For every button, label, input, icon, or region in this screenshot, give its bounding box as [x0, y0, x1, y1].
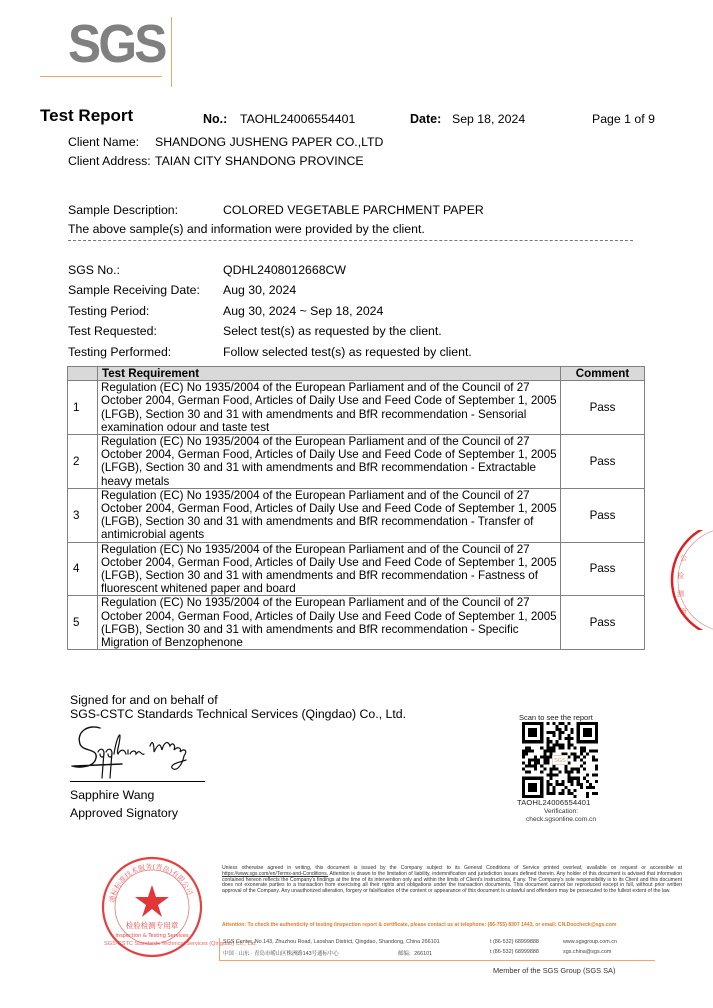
page-number: Page 1 of 9	[592, 112, 655, 126]
verification-site-link[interactable]: check.sgsonline.com.cn	[519, 816, 603, 824]
client-address: TAIAN CITY SHANDONG PROVINCE	[155, 154, 364, 168]
footer-horizontal-rule	[219, 960, 655, 961]
row-requirement: Regulation (EC) No 1935/2004 of the Euro…	[98, 596, 561, 650]
receiving-date-label: Sample Receiving Date:	[68, 283, 200, 297]
stamp-english: Inspection & Testing Services	[115, 933, 189, 939]
seal-stamp-partial-icon: 公 检 测 章	[668, 530, 713, 630]
dashed-divider	[68, 240, 633, 241]
client-name-label: Client Name:	[68, 135, 139, 149]
test-requirements-table: Test Requirement Comment 1 Regulation (E…	[67, 366, 645, 650]
test-requested: Select test(s) as requested by the clien…	[223, 324, 442, 338]
report-date: Sep 18, 2024	[452, 112, 525, 126]
verification-label: Verification:	[519, 808, 603, 816]
sample-description-label: Sample Description:	[68, 203, 178, 217]
report-number: TAOHL24006554401	[240, 112, 355, 126]
svg-text:检验检测专用章: 检验检测专用章	[126, 920, 179, 930]
footer-website-link[interactable]: www.sgsgroup.com.cn	[563, 939, 617, 945]
header-test-requirement: Test Requirement	[98, 367, 561, 381]
footer-address-cn: 中国 · 山东 · 青岛市崂山区株洲路143号通标中心	[223, 949, 339, 957]
test-requested-label: Test Requested:	[68, 324, 157, 338]
report-date-label: Date:	[410, 112, 441, 126]
sgs-group-membership: Member of the SGS Group (SGS SA)	[493, 966, 615, 975]
svg-text:章: 章	[680, 607, 687, 616]
footer-telephone-2: t (86-532) 68999888	[490, 949, 539, 955]
table-row: 2 Regulation (EC) No 1935/2004 of the Eu…	[68, 435, 645, 489]
row-comment: Pass	[561, 488, 645, 542]
sgs-logo: SGS	[68, 14, 165, 74]
sample-description: COLORED VEGETABLE PARCHMENT PAPER	[223, 203, 484, 217]
row-comment: Pass	[561, 435, 645, 489]
row-comment: Pass	[561, 542, 645, 596]
row-number: 4	[68, 542, 98, 596]
row-number: 1	[68, 381, 98, 435]
table-row: 3 Regulation (EC) No 1935/2004 of the Eu…	[68, 488, 645, 542]
svg-text:检: 检	[677, 571, 684, 580]
logo-vertical-rule	[171, 17, 172, 87]
row-requirement: Regulation (EC) No 1935/2004 of the Euro…	[98, 435, 561, 489]
header-number	[68, 367, 98, 381]
signer-name: Sapphire Wang	[70, 788, 154, 802]
testing-performed-label: Testing Performed:	[68, 345, 171, 359]
client-address-label: Client Address:	[68, 154, 151, 168]
row-comment: Pass	[561, 596, 645, 650]
row-requirement: Regulation (EC) No 1935/2004 of the Euro…	[98, 488, 561, 542]
row-number: 2	[68, 435, 98, 489]
provided-by-client-note: The above sample(s) and information were…	[68, 222, 425, 236]
client-name: SHANDONG JUSHENG PAPER CO.,LTD	[155, 135, 383, 149]
signed-for-text: Signed for and on behalf of	[70, 693, 218, 707]
qr-report-id: TAOHL24006554401	[517, 798, 591, 807]
table-row: 5 Regulation (EC) No 1935/2004 of the Eu…	[68, 596, 645, 650]
row-comment: Pass	[561, 381, 645, 435]
row-requirement: Regulation (EC) No 1935/2004 of the Euro…	[98, 542, 561, 596]
sgs-number-label: SGS No.:	[68, 263, 120, 277]
handwritten-signature-icon	[70, 722, 210, 782]
authenticity-notice: Attention: To check the authenticity of …	[222, 923, 682, 929]
svg-text:SGS: SGS	[554, 758, 566, 764]
logo-horizontal-rule	[40, 76, 162, 77]
footer-email-link[interactable]: sgs.china@sgs.com	[563, 949, 611, 955]
testing-performed: Follow selected test(s) as requested by …	[223, 345, 472, 359]
svg-text:公: 公	[680, 554, 687, 562]
testing-period-label: Testing Period:	[68, 304, 149, 318]
table-row: 1 Regulation (EC) No 1935/2004 of the Eu…	[68, 381, 645, 435]
qr-caption: Scan to see the report	[519, 713, 593, 722]
footer-address-en: SGS Center, No.143, Zhuzhou Road, Laosha…	[223, 939, 440, 945]
report-title: Test Report	[40, 106, 133, 126]
report-number-label: No.:	[203, 112, 227, 126]
row-number: 5	[68, 596, 98, 650]
table-row: 4 Regulation (EC) No 1935/2004 of the Eu…	[68, 542, 645, 596]
qr-verification: Verification: check.sgsonline.com.cn	[519, 808, 603, 824]
sgs-number: QDHL2408012668CW	[223, 263, 346, 277]
signing-company: SGS-CSTC Standards Technical Services (Q…	[70, 707, 406, 721]
footer-postcode: 邮编：266101	[398, 949, 432, 957]
legal-disclaimer: Unless otherwise agreed in writing, this…	[222, 866, 682, 895]
table-header-row: Test Requirement Comment	[68, 367, 645, 381]
signature-line	[70, 781, 205, 782]
header-comment: Comment	[561, 367, 645, 381]
signer-title: Approved Signatory	[70, 806, 178, 820]
svg-text:测: 测	[677, 589, 684, 598]
footer-telephone-1: t (86-532) 68999888	[490, 939, 539, 945]
footer-vertical-rule	[219, 938, 220, 960]
row-requirement: Regulation (EC) No 1935/2004 of the Euro…	[98, 381, 561, 435]
testing-period: Aug 30, 2024 ~ Sep 18, 2024	[223, 304, 383, 318]
row-number: 3	[68, 488, 98, 542]
receiving-date: Aug 30, 2024	[223, 283, 296, 297]
qr-code-icon[interactable]: SGS	[522, 722, 598, 798]
